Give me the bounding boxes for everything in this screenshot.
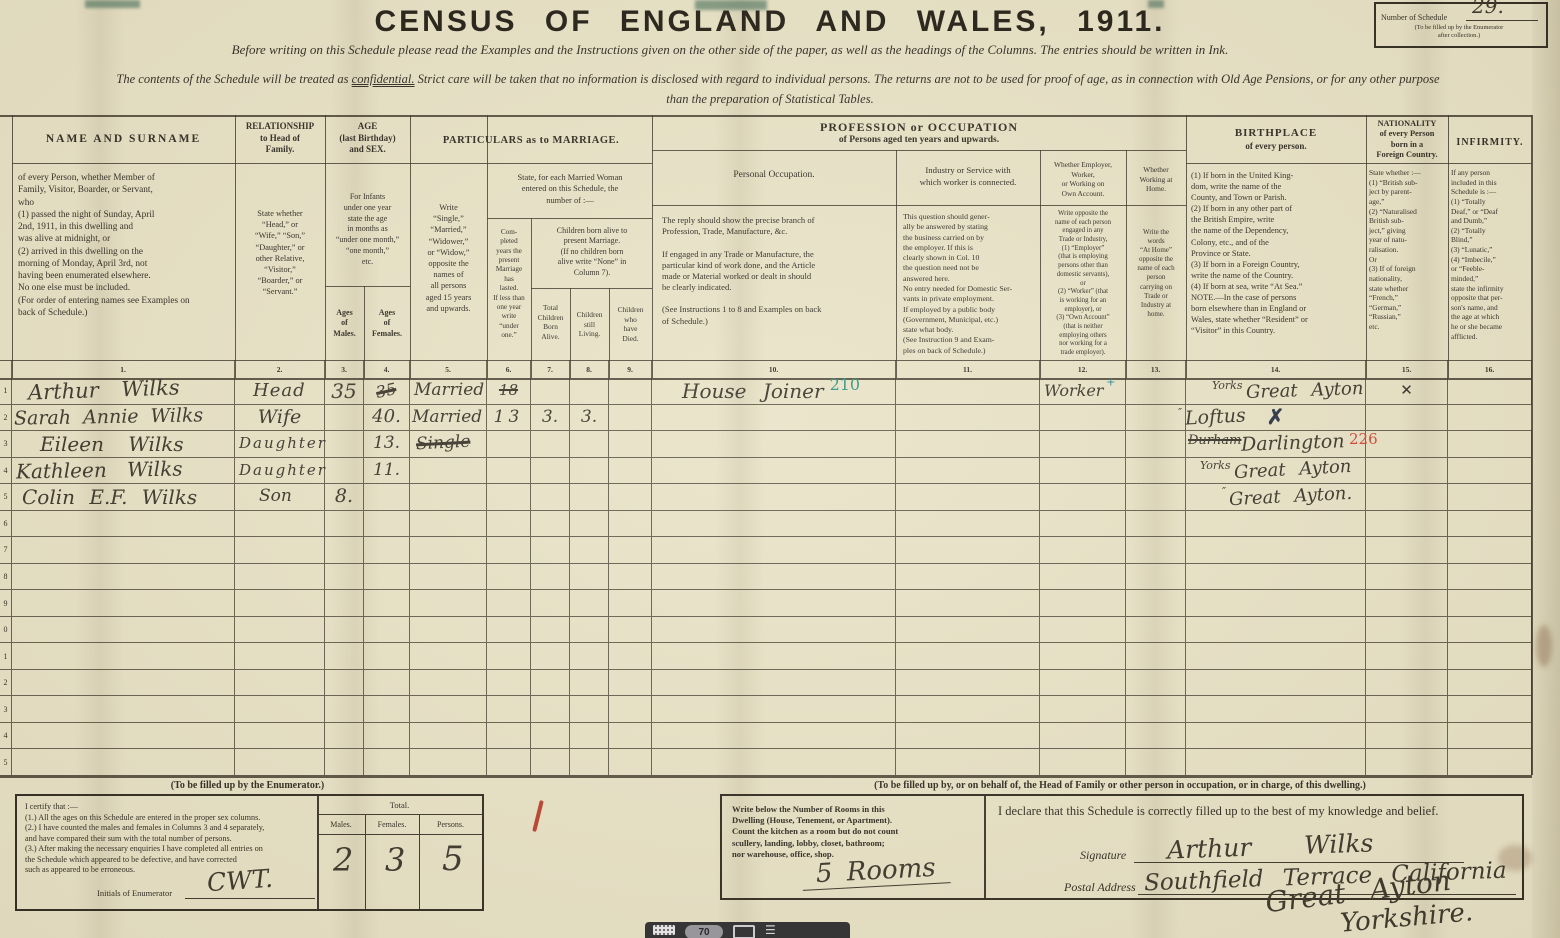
occupation-code: 210 — [830, 375, 861, 394]
total-females-value: 3 — [385, 844, 405, 876]
col-relationship-title: RELATIONSHIP to Head of Family. — [235, 121, 325, 156]
rooms-instructions: Write below the Number of Rooms in this … — [732, 804, 978, 860]
table-row: 7 — [0, 537, 1532, 564]
col-num: 2. — [235, 360, 325, 378]
col-num: 16. — [1448, 360, 1532, 378]
birthplace-body: (1) If born in the United King- dom, wri… — [1191, 170, 1363, 336]
marital-entry: Married — [414, 382, 484, 399]
dwelling-heading: (To be filled up by, or on behalf of, th… — [720, 780, 1520, 791]
marital-entry: Married — [412, 409, 482, 426]
enumerator-box: I certify that :— (1.) All the ages on t… — [15, 794, 484, 911]
initials-value: CWT. — [206, 866, 273, 896]
birthplace-entry: Great Ayton. — [1229, 485, 1353, 509]
menu-button[interactable]: ☰ — [765, 925, 776, 935]
age-females-entry: 40. — [372, 408, 401, 426]
marriage-years-struck: 18 — [499, 383, 518, 398]
birthplace-county: Yorks — [1212, 379, 1243, 392]
industry-body: This question should gener- ally be answ… — [903, 212, 1037, 356]
enumerator-heading: (To be filled up by the Enumerator.) — [15, 780, 480, 791]
column-number-strip: 1. 2. 3. 4. 5. 6. 7. 8. 9. 10. 11. 12. 1… — [0, 360, 1532, 378]
name-entry: Sarah Annie Wilks — [14, 406, 204, 428]
col-age-title: AGE (last Birthday) and SEX. — [325, 121, 410, 156]
occupation-entry: House Joiner — [682, 381, 824, 401]
at-home-body: Write the words “At Home” opposite the n… — [1129, 228, 1183, 319]
col-num: 7. — [531, 360, 570, 378]
table-row: 4 — [0, 723, 1532, 750]
schedule-number-box: Number of Schedule 29. (To be filled up … — [1374, 2, 1548, 48]
personal-occupation-head: Personal Occupation. — [652, 170, 896, 180]
name-entry: Colin E.F. Wilks — [22, 487, 197, 507]
children-born-entry: 3. — [542, 409, 558, 426]
zoom-level-button[interactable]: 70 — [685, 925, 723, 938]
col-marriage-title: PARTICULARS as to MARRIAGE. — [410, 135, 652, 146]
marriage-years-entry: 13 — [494, 409, 524, 426]
row-number: 0 — [4, 625, 8, 634]
col-num: 8. — [570, 360, 609, 378]
rotate-icon — [733, 925, 755, 938]
table-row: 5 — [0, 749, 1532, 775]
page-title: CENSUS OF ENGLAND AND WALES, 1911. — [375, 5, 1166, 38]
row-number: 2 — [4, 678, 8, 687]
row-number: 7 — [4, 545, 8, 554]
row-number: 4 — [4, 466, 8, 475]
infirmity-body: If any person included in this Schedule … — [1451, 168, 1530, 341]
zoom-level-value: 70 — [698, 927, 709, 938]
relationship-entry: Daughter — [239, 463, 327, 478]
table-row: 1 Arthur Wilks Head 35 35 Married 18 Hou… — [0, 378, 1532, 405]
relationship-entry: Daughter — [239, 436, 327, 451]
table-row: 1 — [0, 643, 1532, 670]
age-females-entry: 11. — [373, 462, 400, 479]
col-profession-title: PROFESSION or OCCUPATION — [652, 120, 1186, 135]
col-name-title: NAME AND SURNAME — [12, 133, 235, 145]
page-title-wrap: CENSUS OF ENGLAND AND WALES, 1911. — [0, 5, 1540, 39]
table-row: 6 — [0, 511, 1532, 538]
signature-value: Arthur Wilks — [1167, 830, 1374, 862]
col-num: 3. — [325, 360, 364, 378]
red-tally-mark — [532, 800, 544, 832]
col-infirmity-title: INFIRMITY. — [1448, 137, 1532, 148]
birthplace-ditto: ″ — [1222, 485, 1226, 498]
row-number: 5 — [4, 492, 8, 501]
row-number: 5 — [4, 758, 8, 767]
children-born-note: Children born alive to present Marriage.… — [534, 226, 650, 278]
col-num: 5. — [410, 360, 487, 378]
personal-occupation-body: The reply should show the precise branch… — [662, 215, 888, 327]
name-entry: Kathleen Wilks — [16, 459, 183, 482]
confidential-post: Strict care will be taken that no inform… — [415, 72, 1440, 86]
rule — [984, 796, 986, 898]
name-entry: Arthur Wilks — [28, 378, 180, 404]
col-birthplace-title: BIRTHPLACE — [1186, 127, 1366, 139]
total-males-value: 2 — [333, 844, 353, 876]
col-num: 11. — [896, 360, 1040, 378]
table-row: 2 — [0, 670, 1532, 697]
filmstrip-icon — [653, 925, 675, 935]
persons-label: Persons. — [419, 820, 482, 829]
table-row: 3 Eileen Wilks Daughter 13. Single Durha… — [0, 431, 1532, 458]
schedule-number-label: Number of Schedule — [1381, 13, 1447, 22]
schedule-number-value: 29. — [1472, 0, 1504, 16]
industry-head: Industry or Service with which worker is… — [898, 165, 1038, 189]
table-row: 0 — [0, 617, 1532, 644]
birthplace-entry: Darlington — [1241, 433, 1345, 456]
row-number: 1 — [4, 386, 8, 395]
row-number: 1 — [4, 652, 8, 661]
confidential-pre: The contents of the Schedule will be tre… — [116, 72, 351, 86]
census-entries: 1 Arthur Wilks Head 35 35 Married 18 Hou… — [0, 378, 1532, 775]
col-num: 13. — [1126, 360, 1186, 378]
row-number: 6 — [4, 519, 8, 528]
table-row: 3 — [0, 696, 1532, 723]
age-females-struck: 35 — [375, 381, 398, 401]
ages-males-label: Ages of Males. — [325, 308, 364, 339]
relationship-entry: Son — [259, 488, 292, 505]
intro-line: Before writing on this Schedule please r… — [80, 42, 1380, 58]
schedule-number-note: (To be filled up by the Enumerator after… — [1378, 24, 1540, 40]
worker-check-mark: + — [1106, 375, 1115, 392]
table-row: 4 Kathleen Wilks Daughter 11. YorksGreat… — [0, 458, 1532, 485]
age-infants-note: For Infants under one year state the age… — [327, 192, 408, 268]
table-row: 8 — [0, 564, 1532, 591]
table-row: 2 Sarah Annie Wilks Wife 40. Married 13 … — [0, 405, 1532, 432]
age-females-entry: 13. — [373, 435, 400, 452]
total-label: Total. — [317, 800, 482, 810]
birthplace-entry: Great Ayton — [1233, 458, 1351, 482]
age-males-entry: 8. — [335, 487, 353, 506]
nationality-body: State whether :— (1) “British sub- ject … — [1369, 168, 1446, 332]
rotate-button[interactable] — [733, 925, 755, 938]
birthplace-entry: Great Ayton — [1245, 380, 1363, 402]
col-nationality-title: NATIONALITY of every Person born in a Fo… — [1366, 119, 1448, 160]
col-num: 15. — [1366, 360, 1448, 378]
census-schedule-page: CENSUS OF ENGLAND AND WALES, 1911. Numbe… — [0, 0, 1560, 938]
nationality-mark: ✕ — [1400, 381, 1413, 400]
name-instructions: of every Person, whether Member of Famil… — [18, 172, 232, 319]
employer-body: Write opposite the name of each person e… — [1043, 210, 1123, 358]
marital-status-note: Write “Single,” “Married,” “Widower,” or… — [412, 202, 485, 314]
rule — [317, 796, 319, 909]
age-males-entry: 35 — [331, 381, 356, 401]
at-home-head: Whether Working at Home. — [1127, 165, 1185, 194]
total-persons-value: 5 — [442, 842, 464, 876]
row-number: 4 — [4, 731, 8, 740]
nationality-mark: ✗ — [1267, 405, 1285, 430]
col-num: 6. — [487, 360, 531, 378]
col-birthplace-subtitle: of every person. — [1186, 141, 1366, 151]
enumerator-certify-text: I certify that :— (1.) All the ages on t… — [25, 802, 320, 876]
signature-label: Signature — [1080, 848, 1126, 863]
row-number: 9 — [4, 599, 8, 608]
birthplace-struck: Durham — [1188, 434, 1241, 447]
rooms-value: 5 Rooms — [801, 854, 950, 891]
table-row: 5 Colin E.F. Wilks Son 8. ″Great Ayton. — [0, 484, 1532, 511]
initials-label: Initials of Enumerator — [97, 888, 172, 898]
ages-females-label: Ages of Females. — [364, 308, 410, 339]
row-number: 2 — [4, 413, 8, 422]
col-num: 14. — [1186, 360, 1366, 378]
row-number: 3 — [4, 705, 8, 714]
children-died-label: Children who have Died. — [609, 305, 652, 344]
col-num: 9. — [609, 360, 652, 378]
viewer-toolbar: 70 ☰ — [645, 922, 850, 938]
rule — [1466, 20, 1538, 21]
rule — [185, 898, 315, 899]
row-number: 3 — [4, 439, 8, 448]
birthplace-county: Yorks — [1200, 459, 1231, 472]
col-num: 4. — [364, 360, 410, 378]
birthplace-ditto: ″ — [1178, 406, 1182, 419]
worker-entry: Worker — [1044, 383, 1103, 399]
paper-edge — [1532, 0, 1560, 938]
relationship-entry: Wife — [258, 408, 302, 427]
filmstrip-button[interactable] — [653, 925, 675, 935]
address-label: Postal Address — [1064, 880, 1136, 895]
males-label: Males. — [317, 820, 365, 829]
employer-head: Whether Employer, Worker, or Working on … — [1041, 160, 1125, 199]
stain — [1536, 625, 1552, 667]
rule — [317, 814, 482, 815]
name-entry: Eileen Wilks — [40, 434, 184, 454]
row-number: 8 — [4, 572, 8, 581]
children-living-entry: 3. — [581, 409, 597, 426]
confidential-word: confidential. — [352, 72, 415, 86]
rule — [317, 834, 482, 835]
confidential-line: The contents of the Schedule will be tre… — [6, 70, 1550, 89]
relationship-entry: Head — [253, 382, 306, 400]
marriage-years-label: Com- pleted years the present Marriage h… — [488, 228, 530, 340]
table-row: 9 — [0, 590, 1532, 617]
marital-struck: Single — [416, 434, 471, 454]
declaration-text: I declare that this Schedule is correctl… — [998, 804, 1513, 819]
col-num: 1. — [12, 360, 235, 378]
confidential-tail: than the preparation of Statistical Tabl… — [0, 92, 1540, 107]
children-born-label: Total Children Born Alive. — [531, 303, 570, 342]
relationship-instructions: State whether “Head,” or “Wife,” “Son,” … — [238, 208, 322, 298]
children-living-label: Children still Living. — [570, 310, 609, 339]
married-woman-note: State, for each Married Woman entered on… — [490, 172, 650, 206]
col-profession-subtitle: of Persons aged ten years and upwards. — [652, 135, 1186, 145]
menu-icon: ☰ — [765, 925, 776, 935]
females-label: Females. — [365, 820, 419, 829]
